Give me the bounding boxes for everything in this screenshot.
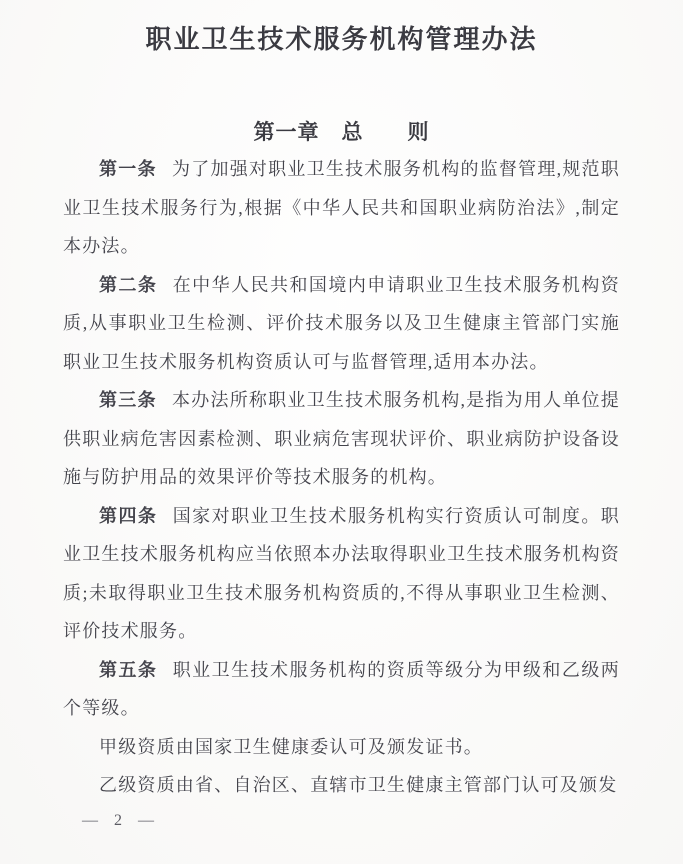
chapter-heading: 第一章 总 则	[0, 116, 683, 146]
article-number: 第三条	[99, 390, 157, 410]
article-number: 第二条	[99, 275, 157, 295]
page-number: — 2 —	[82, 812, 160, 830]
paragraph: 第二条在中华人民共和国境内申请职业卫生技术服务机构资质,从事职业卫生检测、评价技…	[63, 266, 620, 382]
paragraph: 第四条国家对职业卫生技术服务机构实行资质认可制度。职业卫生技术服务机构应当依照本…	[63, 497, 620, 651]
paragraph: 甲级资质由国家卫生健康委认可及颁发证书。	[63, 728, 620, 767]
document-body: 第一条为了加强对职业卫生技术服务机构的监督管理,规范职业卫生技术服务行为,根据《…	[63, 150, 620, 805]
paragraph: 第五条职业卫生技术服务机构的资质等级分为甲级和乙级两个等级。	[63, 651, 620, 728]
article-number: 第四条	[99, 506, 157, 526]
article-number: 第五条	[99, 660, 157, 680]
paragraph-text: 甲级资质由国家卫生健康委认可及颁发证书。	[99, 737, 483, 757]
paragraph: 第三条本办法所称职业卫生技术服务机构,是指为用人单位提供职业病危害因素检测、职业…	[63, 381, 620, 497]
paragraph-text: 乙级资质由省、自治区、直辖市卫生健康主管部门认可及颁发	[99, 775, 617, 795]
paragraph: 第一条为了加强对职业卫生技术服务机构的监督管理,规范职业卫生技术服务行为,根据《…	[63, 150, 620, 266]
article-number: 第一条	[99, 159, 157, 179]
document-page: 职业卫生技术服务机构管理办法 第一章 总 则 第一条为了加强对职业卫生技术服务机…	[0, 0, 683, 864]
document-title: 职业卫生技术服务机构管理办法	[0, 0, 683, 56]
paragraph: 乙级资质由省、自治区、直辖市卫生健康主管部门认可及颁发	[63, 766, 620, 805]
